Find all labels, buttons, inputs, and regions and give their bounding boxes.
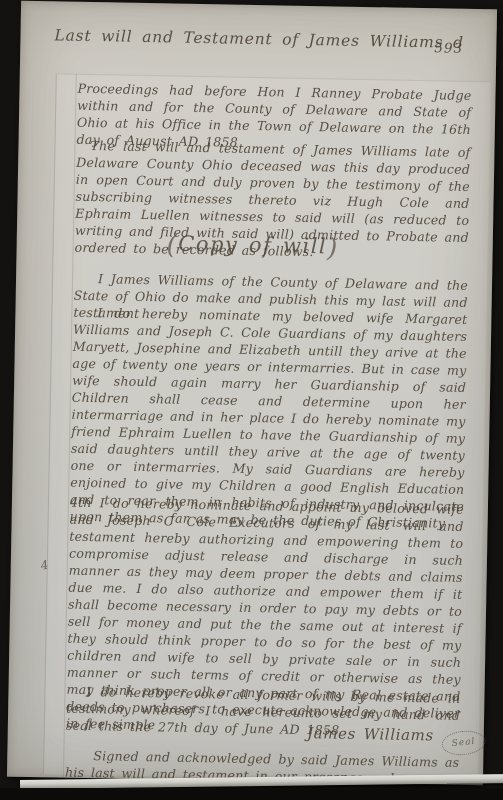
heading-open-paren: ( bbox=[166, 230, 178, 260]
heading-label: Copy of will bbox=[178, 232, 327, 259]
ledger-page: Last will and Testament of James William… bbox=[7, 1, 497, 786]
page-number: 593 bbox=[434, 40, 463, 58]
testator-signature: James Williams bbox=[307, 724, 434, 744]
scan-background bbox=[0, 788, 503, 800]
document-title: Last will and Testament of James William… bbox=[54, 27, 462, 51]
heading-close-paren: ) bbox=[327, 233, 339, 263]
